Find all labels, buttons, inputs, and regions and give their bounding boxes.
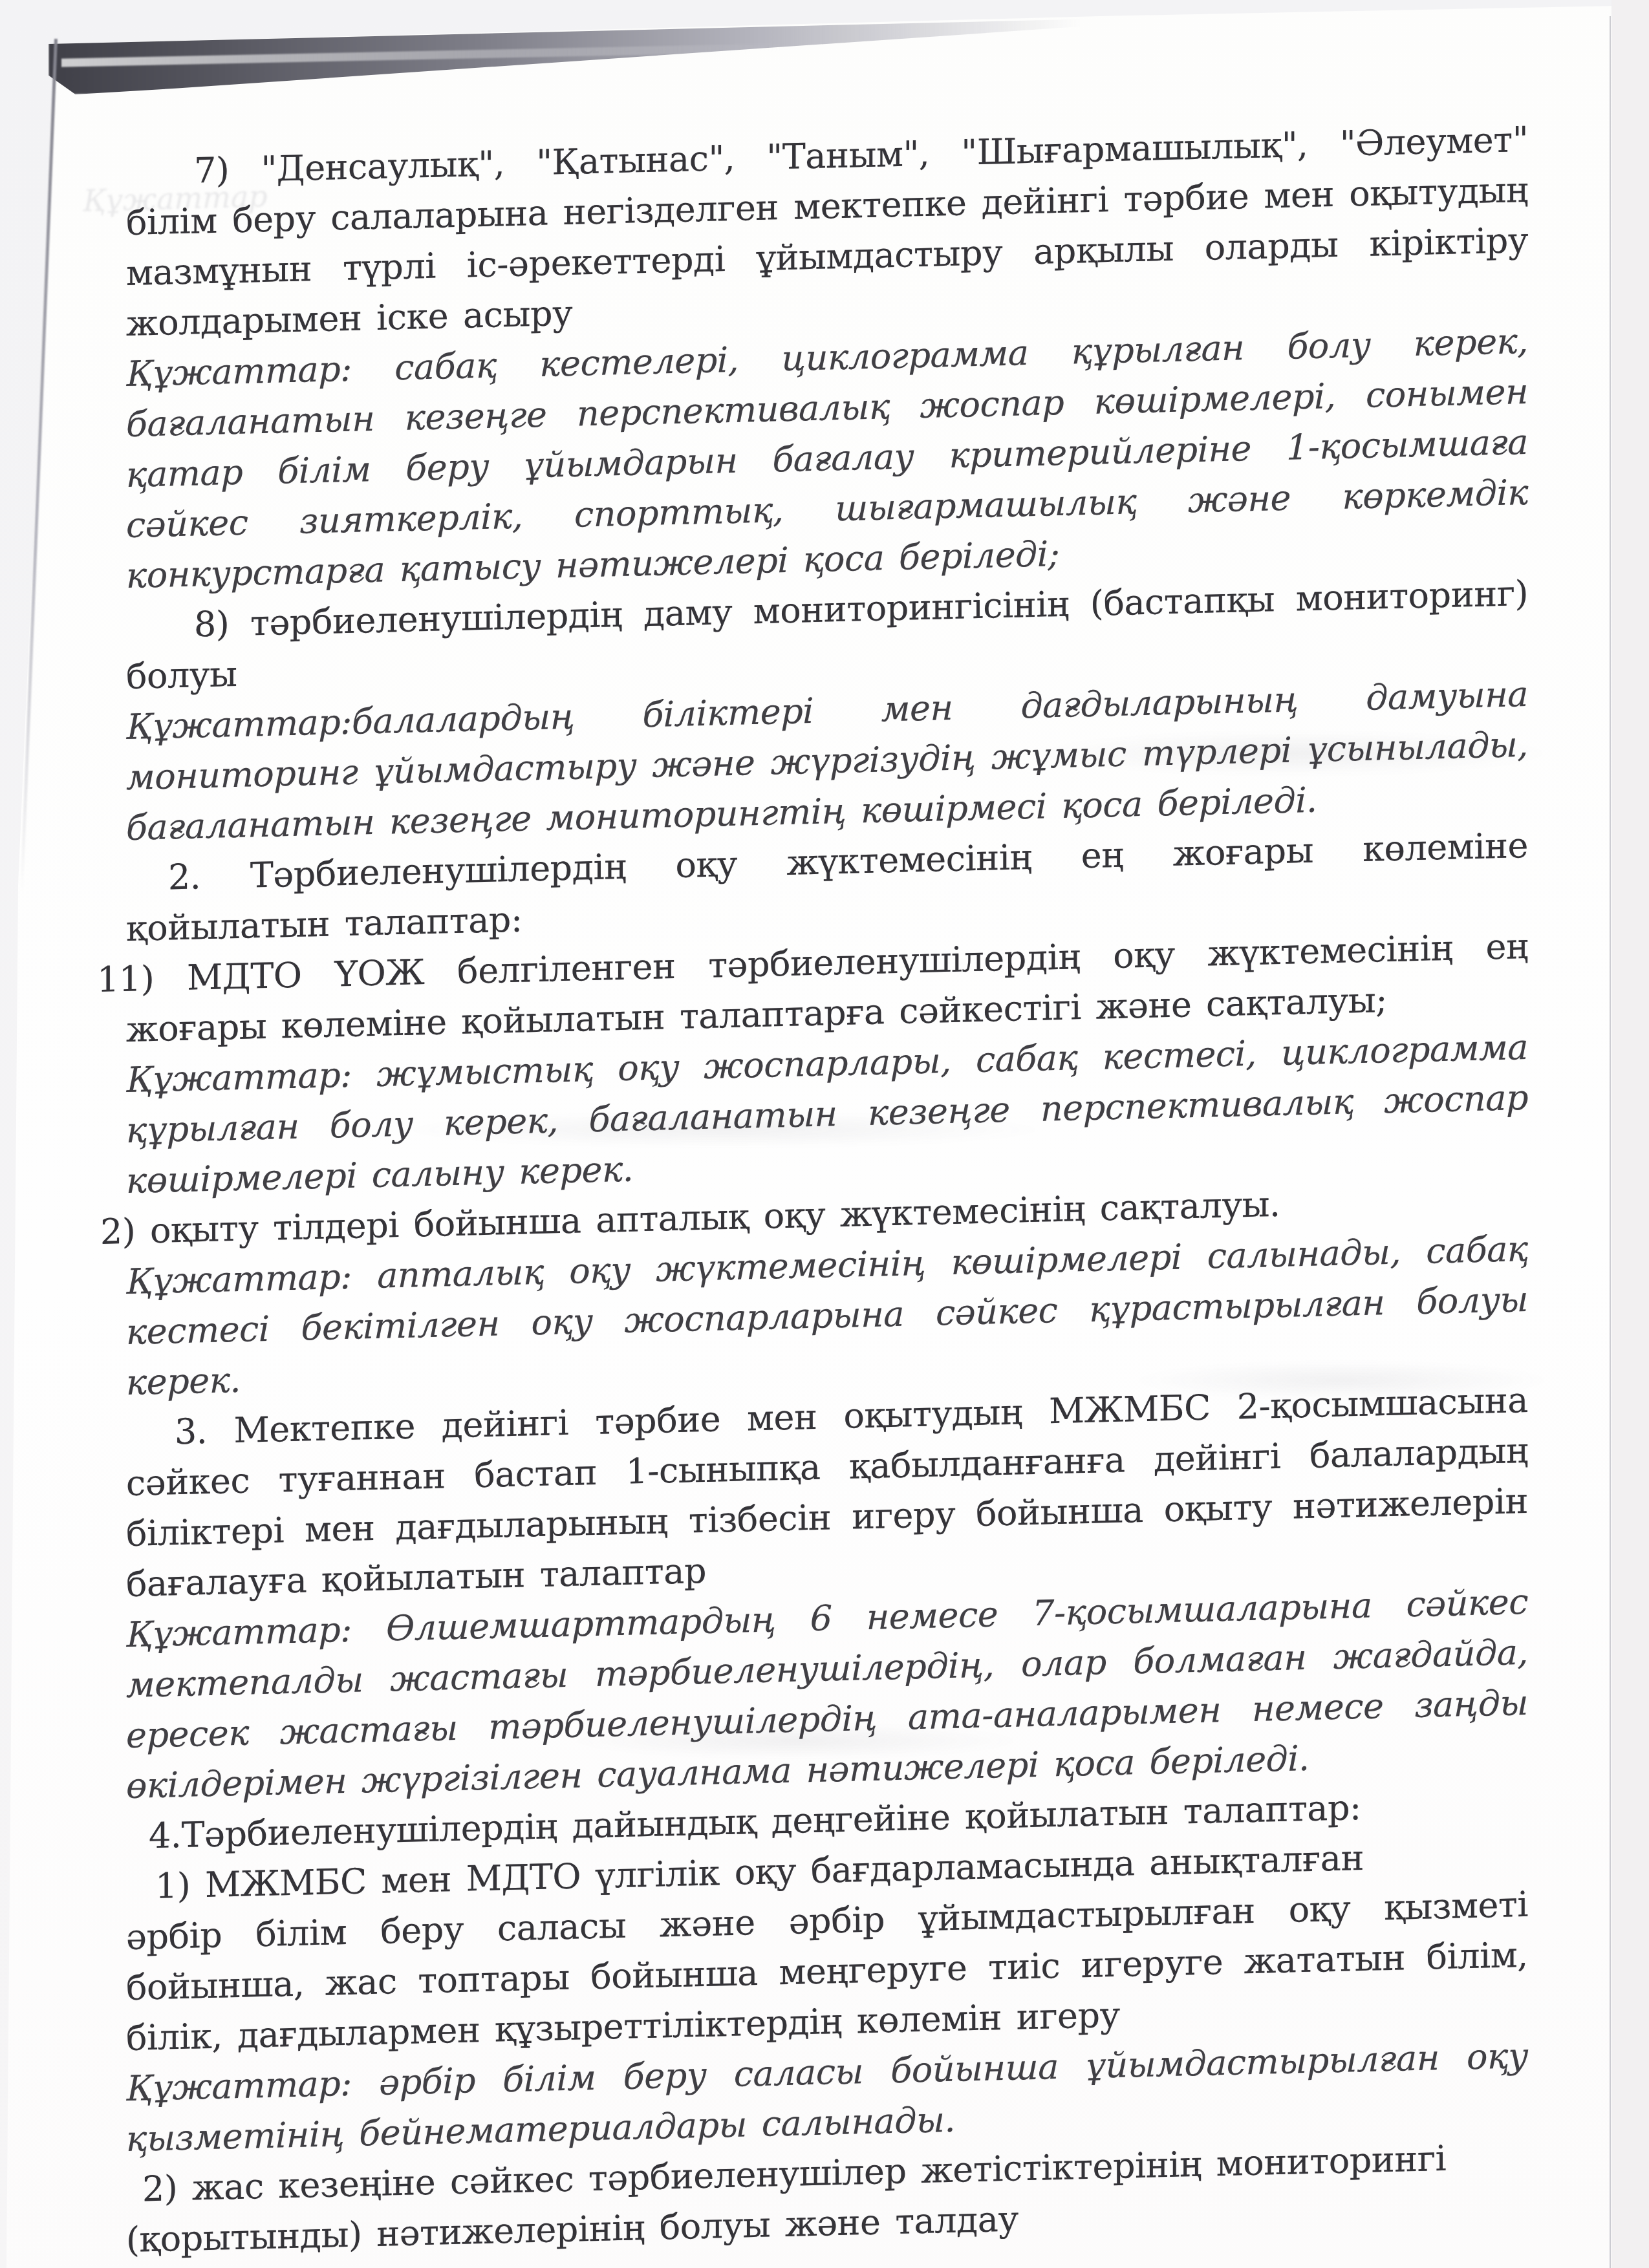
scan-right-margin-strip	[1611, 0, 1649, 2268]
paper-right-edge-line	[1610, 16, 1611, 2268]
paragraph-documents-note: Құжаттар: сабақ кестелері, циклограмма қ…	[126, 316, 1528, 601]
paragraph-7-item: 7) "Денсаулық", "Қатынас", "Таным", "Шығ…	[126, 114, 1528, 349]
document-text-block: 7) "Денсаулық", "Қатынас", "Таным", "Шығ…	[126, 114, 1528, 2265]
paragraph-documents-note: Құжаттар: Өлшемшарттардың 6 немесе 7-қос…	[126, 1577, 1528, 1812]
scanned-document-page: Құжаттар 7) "Денсаулық", "Қатынас", "Тан…	[0, 0, 1649, 2268]
paragraph-section-3-heading: 3. Мектепке дейінгі тәрбие мен оқытудың …	[126, 1375, 1528, 1610]
